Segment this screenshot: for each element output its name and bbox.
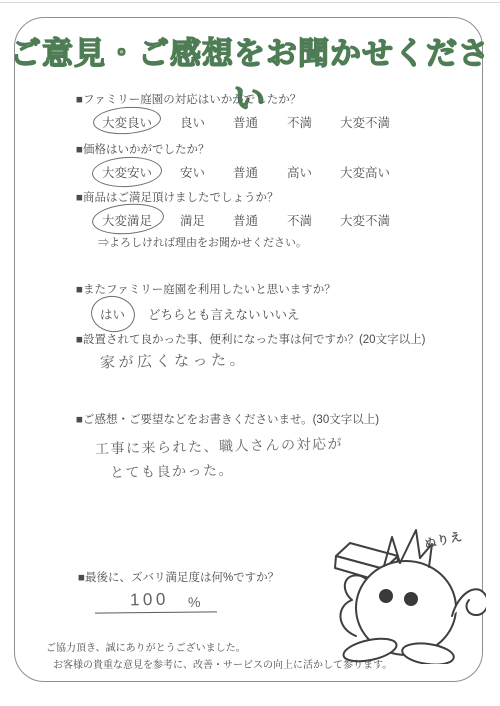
option-q2-normal: 普通 [233, 163, 258, 181]
option-q1-normal: 普通 [233, 113, 258, 131]
option-q2-cheap: 安い [180, 163, 205, 181]
question-label-staff-response: ■ファミリー庭園の対応はいかがでしたか？ [76, 91, 301, 107]
question-label-price: ■価格はいかがでしたか？ [76, 141, 209, 157]
handwritten-comment-line2: とても良かった。 [110, 460, 234, 483]
mascot-eye-left [379, 589, 393, 603]
option-q2-very-expensive: 大変高い [340, 163, 390, 181]
option-q4-no: いいえ [262, 305, 300, 323]
question-label-use-again: ■またファミリー庭園を利用したいと思いますか？ [76, 281, 336, 297]
footer-thanks-line: ご協力頂き、誠にありがとうございました。 [46, 639, 246, 654]
footer-improvement-line: お客様の貴重な意見を参考に、改善・サービスの向上に活かして参ります。 [53, 656, 392, 671]
option-q2-expensive: 高い [287, 163, 312, 181]
scan-artifact-line [0, 2, 500, 3]
option-q1-dissatisfied: 不満 [287, 113, 312, 131]
question-label-comments: ■ご感想・ご要望などをお書きくださいませ。(30文字以上) [76, 411, 379, 427]
handwritten-satisfaction-unit: % [188, 594, 204, 610]
option-q3-normal: 普通 [233, 211, 258, 229]
option-q3-very-dissatisfied: 大変不満 [340, 211, 390, 229]
option-q4-neutral: どちらとも言えない [148, 305, 261, 323]
option-q3-dissatisfied: 不満 [287, 211, 312, 229]
mascot-right-arm [452, 589, 486, 616]
option-q1-very-dissatisfied: 大変不満 [340, 113, 390, 131]
option-q3-satisfied: 満足 [180, 211, 205, 229]
question-note-reason: ⇒よろしければ理由をお聞かせください。 [98, 234, 307, 250]
mascot-foot-right [401, 640, 455, 664]
handwritten-answer-benefits: 家が広くなった。 [100, 348, 248, 372]
mascot-eye-right [404, 592, 418, 606]
handwritten-satisfaction-value: 100 [130, 590, 169, 611]
question-label-benefits: ■設置されて良かった事、便利になった事は何ですか？(20文字以上) [76, 331, 425, 347]
question-label-product-satisfaction: ■商品はご満足頂けましたでしょうか？ [76, 189, 278, 205]
question-label-satisfaction-percent: ■最後に、ズバリ満足度は何%ですか？ [78, 569, 279, 585]
scanned-survey-page: ご意見・ご感想をお聞かせください ■ファミリー庭園の対応はいかがでしたか？ 大変… [0, 0, 500, 706]
option-q1-good: 良い [180, 113, 205, 131]
